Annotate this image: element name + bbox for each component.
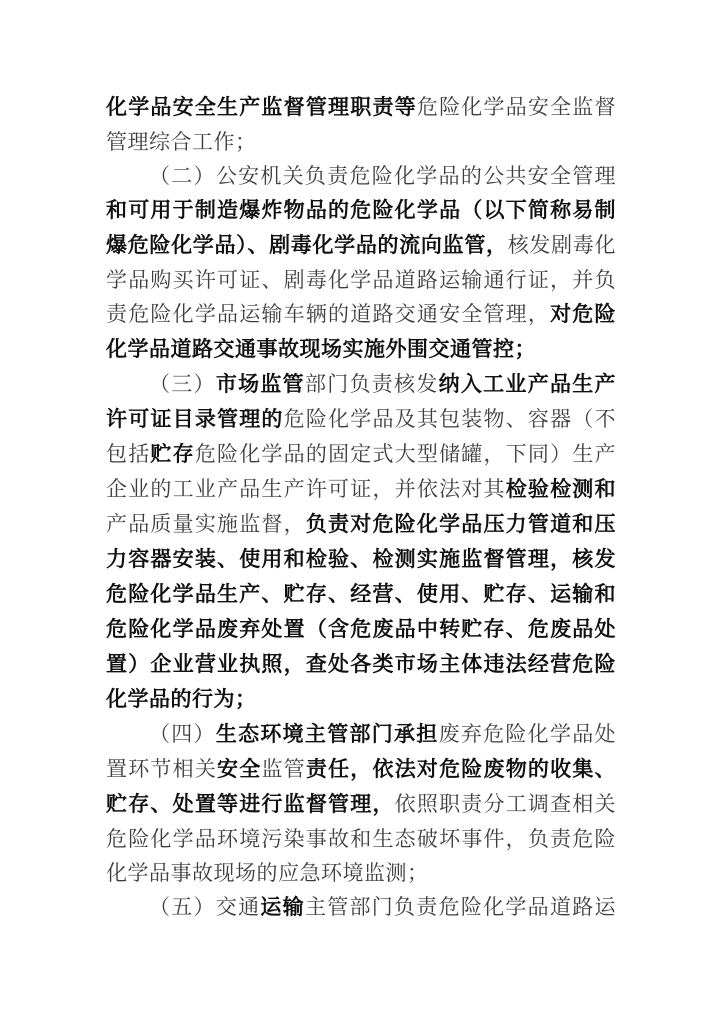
text-run-regular: 产品质量实施监督， <box>106 512 306 536</box>
text-run-regular: （五）交通 <box>149 895 260 918</box>
text-run-bold: 检验检测和 <box>506 478 616 501</box>
text-run-regular: （二）公安机关负责危险化学品的公共安全管理 <box>149 164 616 188</box>
text-run-bold: 负责对危险化学品压力管道和压力容器安装、使用和检验、检测实施监督管理，核发危险化… <box>106 513 616 711</box>
text-run-regular: 部门负责核发 <box>305 372 439 396</box>
text-run-regular: （三） <box>149 372 216 396</box>
text-run-bold: 化学品安全生产监督管理职责等 <box>106 96 417 119</box>
text-run-regular: （四） <box>149 722 216 746</box>
paragraph-item-3-market-regulation: （三）市场监管部门负责核发纳入工业产品生产许可证目录管理的危险化学品及其包装物、… <box>106 367 616 717</box>
text-run-bold: 贮存 <box>150 443 194 466</box>
paragraph-item-2-public-security: （二）公安机关负责危险化学品的公共安全管理和可用于制造爆炸物品的危险化学品（以下… <box>106 159 616 367</box>
paragraph-item-4-ecology-environment: （四）生态环境主管部门承担废弃危险化学品处置环节相关安全监管责任，依法对危险废物… <box>106 717 616 890</box>
paragraph-continuation-duties: 化学品安全生产监督管理职责等危险化学品安全监督管理综合工作； <box>106 90 616 159</box>
document-page: 化学品安全生产监督管理职责等危险化学品安全监督管理综合工作；（二）公安机关负责危… <box>0 0 720 1018</box>
document-body: 化学品安全生产监督管理职责等危险化学品安全监督管理综合工作；（二）公安机关负责危… <box>106 90 616 918</box>
paragraph-item-5-transport: （五）交通运输主管部门负责危险化学品道路运输、水路运输的许可或者备案，以及运输工… <box>106 890 616 918</box>
text-run-bold: 生态环境主管部门承担 <box>216 723 439 746</box>
text-run-bold: 市场监管 <box>216 373 305 396</box>
text-run-bold: 安全 <box>217 758 261 781</box>
text-run-regular: 监管 <box>261 757 305 781</box>
text-run-bold: 运输 <box>260 896 305 918</box>
